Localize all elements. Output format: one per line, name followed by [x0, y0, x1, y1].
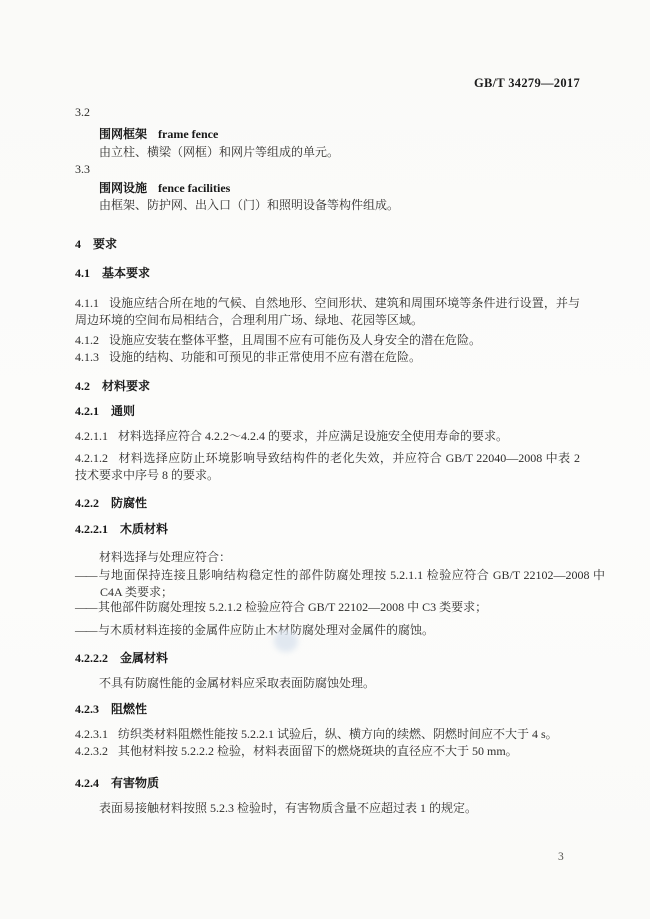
clause-heading-4-2-2-2: 4.2.2.2金属材料	[75, 650, 580, 667]
clause-number: 4	[75, 237, 81, 251]
metal-material-text: 不具有防腐性能的金属材料应采取表面防腐蚀处理。	[75, 675, 580, 692]
clause-title: 阻燃性	[111, 702, 147, 716]
clause-number: 4.1.2	[75, 333, 99, 347]
list-item-text: 与地面保持连接且影响结构稳定性的部件防腐处理按 5.2.1.1 检验应符合 GB…	[98, 568, 605, 599]
clause-heading-4-2-2: 4.2.2防腐性	[75, 495, 580, 512]
term-cn: 围网设施	[99, 181, 147, 195]
clause-title: 金属材料	[120, 651, 168, 665]
clause-4-2-3-2: 4.2.3.2其他材料按 5.2.2.2 检验，材料表面留下的燃烧斑块的直径应不…	[75, 743, 580, 760]
clause-title: 木质材料	[120, 522, 168, 536]
clause-title: 通则	[111, 404, 135, 418]
term-en: frame fence	[158, 127, 218, 141]
clause-number: 4.1	[75, 266, 90, 280]
list-item-text: 与木质材料连接的金属件应防止木材防腐处理对金属件的腐蚀。	[98, 623, 434, 637]
clause-title: 要求	[93, 237, 117, 251]
dash-list-item: ——其他部件防腐处理按 5.2.1.2 检验应符合 GB/T 22102—200…	[75, 599, 605, 616]
clause-title: 防腐性	[111, 496, 147, 510]
clause-heading-4-2-1: 4.2.1通则	[75, 403, 580, 420]
clause-4-2-3-1: 4.2.3.1纺织类材料阻燃性能按 5.2.2.1 试验后，纵、横方向的续燃、阴…	[75, 726, 580, 743]
clause-number: 4.2.3.2	[75, 744, 108, 758]
dash-mark: ——	[75, 623, 96, 637]
clause-title: 基本要求	[102, 266, 150, 280]
clause-number: 4.2.2.1	[75, 522, 108, 536]
harmful-substance-text: 表面易接触材料按照 5.2.3 检验时，有害物质含量不应超过表 1 的规定。	[75, 800, 580, 817]
list-item-text: 其他部件防腐处理按 5.2.1.2 检验应符合 GB/T 22102—2008 …	[98, 600, 487, 614]
clause-text: 设施应结合所在地的气候、自然地形、空间形状、建筑和周围环境等条件进行设置，并与周…	[75, 296, 580, 327]
term-3-2-definition: 由立柱、横梁（网框）和网片等组成的单元。	[75, 144, 604, 161]
clause-heading-4-1: 4.1基本要求	[75, 265, 580, 282]
wood-material-intro: 材料选择与处理应符合：	[75, 549, 580, 566]
clause-text: 材料选择应防止环境影响导致结构件的老化失效，并应符合 GB/T 22040—20…	[75, 451, 580, 482]
clause-text: 设施的结构、功能和可预见的非正常使用不应有潜在危险。	[109, 350, 421, 364]
clause-4-2-1-1: 4.2.1.1材料选择应符合 4.2.2～4.2.4 的要求，并应满足设施安全使…	[75, 428, 580, 445]
clause-heading-4-2-3: 4.2.3阻燃性	[75, 701, 580, 718]
clause-number: 4.1.3	[75, 350, 99, 364]
clause-heading-4-2: 4.2材料要求	[75, 378, 580, 395]
clause-number: 4.2.2	[75, 496, 99, 510]
clause-3-3-number: 3.3	[75, 161, 580, 178]
clause-text: 其他材料按 5.2.2.2 检验，材料表面留下的燃烧斑块的直径应不大于 50 m…	[118, 744, 518, 758]
clause-number: 4.2.2.2	[75, 651, 108, 665]
clause-number: 4.2.3.1	[75, 727, 108, 741]
term-en: fence facilities	[158, 181, 230, 195]
clause-number: 4.2.1.1	[75, 429, 108, 443]
clause-number: 4.1.1	[75, 296, 99, 310]
clause-text: 材料选择应符合 4.2.2～4.2.4 的要求，并应满足设施安全使用寿命的要求。	[118, 429, 508, 443]
dash-mark: ——	[75, 600, 96, 614]
standard-code-header: GB/T 34279—2017	[75, 75, 580, 92]
clause-number: 4.2.1.2	[75, 451, 108, 465]
dash-list-item: ——与地面保持连接且影响结构稳定性的部件防腐处理按 5.2.1.1 检验应符合 …	[75, 567, 605, 601]
term-3-3-definition: 由框架、防护网、出入口（门）和照明设备等构件组成。	[75, 197, 604, 214]
clause-number: 4.2	[75, 379, 90, 393]
term-3-2-title: 围网框架frame fence	[75, 126, 604, 143]
dash-list-item: ——与木质材料连接的金属件应防止木材防腐处理对金属件的腐蚀。	[75, 622, 605, 639]
clause-4-1-2: 4.1.2设施应安装在整体平整，且周围不应有可能伤及人身安全的潜在危险。	[75, 332, 580, 349]
term-3-3-title: 围网设施fence facilities	[75, 180, 604, 197]
clause-text: 纺织类材料阻燃性能按 5.2.2.1 试验后，纵、横方向的续燃、阴燃时间应不大于…	[118, 727, 558, 741]
clause-heading-4-2-4: 4.2.4有害物质	[75, 775, 580, 792]
dash-mark: ——	[75, 568, 96, 582]
clause-number: 4.2.1	[75, 404, 99, 418]
clause-4-1-3: 4.1.3设施的结构、功能和可预见的非正常使用不应有潜在危险。	[75, 349, 580, 366]
clause-text: 设施应安装在整体平整，且周围不应有可能伤及人身安全的潜在危险。	[109, 333, 481, 347]
clause-heading-4: 4要求	[75, 236, 580, 253]
clause-3-2-number: 3.2	[75, 104, 580, 121]
clause-number: 4.2.4	[75, 776, 99, 790]
page-number: 3	[558, 849, 582, 866]
clause-title: 有害物质	[111, 776, 159, 790]
term-cn: 围网框架	[99, 127, 147, 141]
clause-heading-4-2-2-1: 4.2.2.1木质材料	[75, 521, 580, 538]
clause-title: 材料要求	[102, 379, 150, 393]
watermark-smudge	[274, 630, 298, 652]
clause-4-2-1-2: 4.2.1.2材料选择应防止环境影响导致结构件的老化失效，并应符合 GB/T 2…	[75, 450, 580, 484]
clause-4-1-1: 4.1.1设施应结合所在地的气候、自然地形、空间形状、建筑和周围环境等条件进行设…	[75, 295, 580, 329]
document-page: GB/T 34279—2017 3.2 围网框架frame fence 由立柱、…	[0, 0, 650, 919]
clause-number: 4.2.3	[75, 702, 99, 716]
